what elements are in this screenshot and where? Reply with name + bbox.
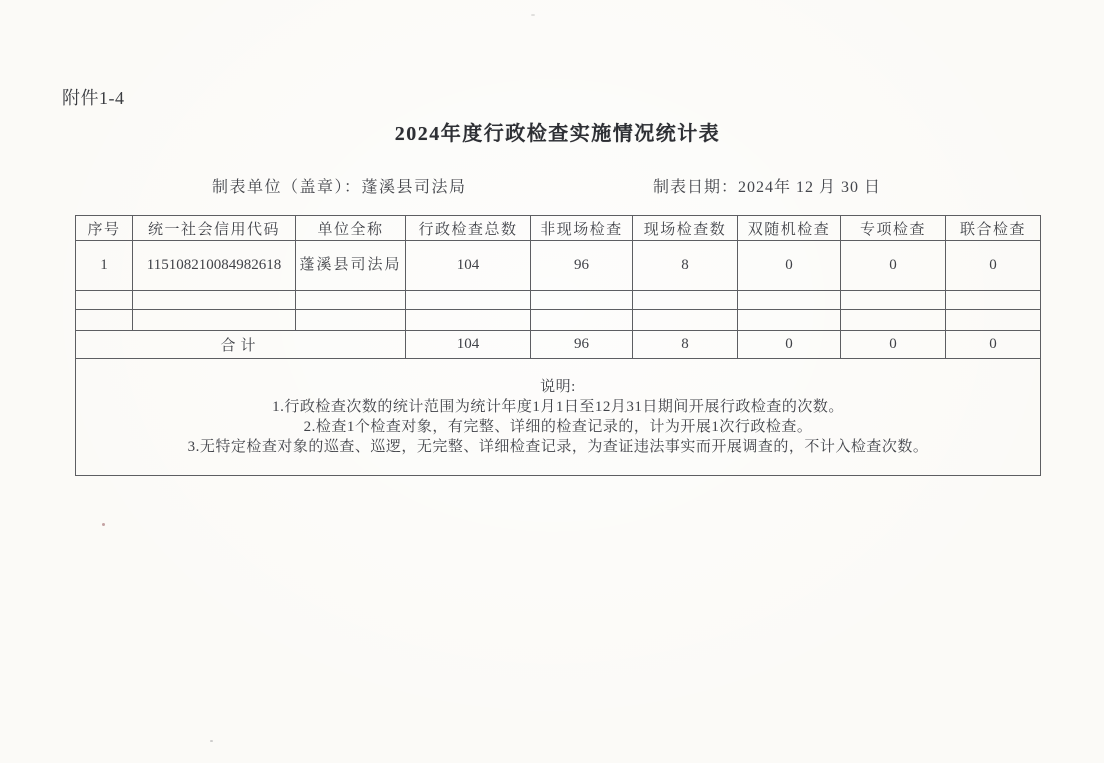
cell-empty <box>296 291 406 310</box>
notes-cell: 说明: 1.行政检查次数的统计范围为统计年度1月1日至12月31日期间开展行政检… <box>76 359 1041 476</box>
table-row-empty <box>76 310 1041 331</box>
cell-special: 0 <box>841 241 946 291</box>
note-line-1: 1.行政检查次数的统计范围为统计年度1月1日至12月31日期间开展行政检查的次数… <box>76 397 1040 417</box>
cell-empty <box>946 291 1041 310</box>
prepared-by-line: 制表单位（盖章）：蓬溪县司法局 <box>212 174 467 197</box>
header-cell-seq: 序号 <box>76 216 133 241</box>
cell-empty <box>738 291 841 310</box>
attachment-label: 附件1-4 <box>62 84 125 110</box>
prepared-by-value: 蓬溪县司法局 <box>362 179 467 196</box>
header-cell-special: 专项检查 <box>841 216 946 241</box>
cell-empty <box>133 310 296 331</box>
total-label: 合计 <box>76 331 406 359</box>
cell-unit-name: 蓬溪县司法局 <box>296 241 406 291</box>
table-notes-row: 说明: 1.行政检查次数的统计范围为统计年度1月1日至12月31日期间开展行政检… <box>76 359 1041 476</box>
header-cell-total-inspections: 行政检查总数 <box>406 216 531 241</box>
header-cell-onsite: 现场检查数 <box>633 216 738 241</box>
notes-heading: 说明: <box>76 377 1040 397</box>
prepared-date-line: 制表日期：2024年 12 月 30 日 <box>653 174 881 197</box>
cell-empty <box>76 291 133 310</box>
total-total-inspections: 104 <box>406 331 531 359</box>
table-header-row: 序号 统一社会信用代码 单位全称 行政检查总数 非现场检查 现场检查数 双随机检… <box>76 216 1041 241</box>
cell-empty <box>946 310 1041 331</box>
cell-empty <box>406 310 531 331</box>
document-title: 2024年度行政检查实施情况统计表 <box>75 117 1040 146</box>
header-cell-joint: 联合检查 <box>946 216 1041 241</box>
cell-empty <box>133 291 296 310</box>
cell-empty <box>296 310 406 331</box>
prepared-date-value: 2024年 12 月 30 日 <box>738 179 881 196</box>
note-line-3: 3.无特定检查对象的巡查、巡逻，无完整、详细检查记录，为查证违法事实而开展调查的… <box>76 437 1040 457</box>
cell-empty <box>531 310 633 331</box>
total-double-random: 0 <box>738 331 841 359</box>
cell-total-inspections: 104 <box>406 241 531 291</box>
scan-speck <box>531 14 535 16</box>
scan-speck <box>102 523 105 526</box>
prepared-by-label: 制表单位（盖章）： <box>212 179 362 196</box>
cell-empty <box>738 310 841 331</box>
cell-empty <box>633 310 738 331</box>
table-row: 1 115108210084982618 蓬溪县司法局 104 96 8 0 0… <box>76 241 1041 291</box>
scanned-document-page: 附件1-4 2024年度行政检查实施情况统计表 制表单位（盖章）：蓬溪县司法局 … <box>0 0 1104 763</box>
cell-onsite: 8 <box>633 241 738 291</box>
cell-double-random: 0 <box>738 241 841 291</box>
cell-empty <box>531 291 633 310</box>
scan-speck <box>210 740 213 742</box>
cell-credit-code: 115108210084982618 <box>133 241 296 291</box>
cell-offsite: 96 <box>531 241 633 291</box>
header-cell-double-random: 双随机检查 <box>738 216 841 241</box>
cell-seq: 1 <box>76 241 133 291</box>
prepared-date-label: 制表日期： <box>653 179 738 196</box>
header-cell-credit-code: 统一社会信用代码 <box>133 216 296 241</box>
header-cell-offsite: 非现场检查 <box>531 216 633 241</box>
cell-empty <box>76 310 133 331</box>
cell-empty <box>633 291 738 310</box>
total-joint: 0 <box>946 331 1041 359</box>
total-special: 0 <box>841 331 946 359</box>
cell-empty <box>841 310 946 331</box>
table-total-row: 合计 104 96 8 0 0 0 <box>76 331 1041 359</box>
total-offsite: 96 <box>531 331 633 359</box>
cell-joint: 0 <box>946 241 1041 291</box>
table-row-empty <box>76 291 1041 310</box>
cell-empty <box>841 291 946 310</box>
total-onsite: 8 <box>633 331 738 359</box>
cell-empty <box>406 291 531 310</box>
note-line-2: 2.检查1个检查对象，有完整、详细的检查记录的，计为开展1次行政检查。 <box>76 417 1040 437</box>
header-cell-unit-name: 单位全称 <box>296 216 406 241</box>
inspection-stats-table: 序号 统一社会信用代码 单位全称 行政检查总数 非现场检查 现场检查数 双随机检… <box>75 215 1041 476</box>
